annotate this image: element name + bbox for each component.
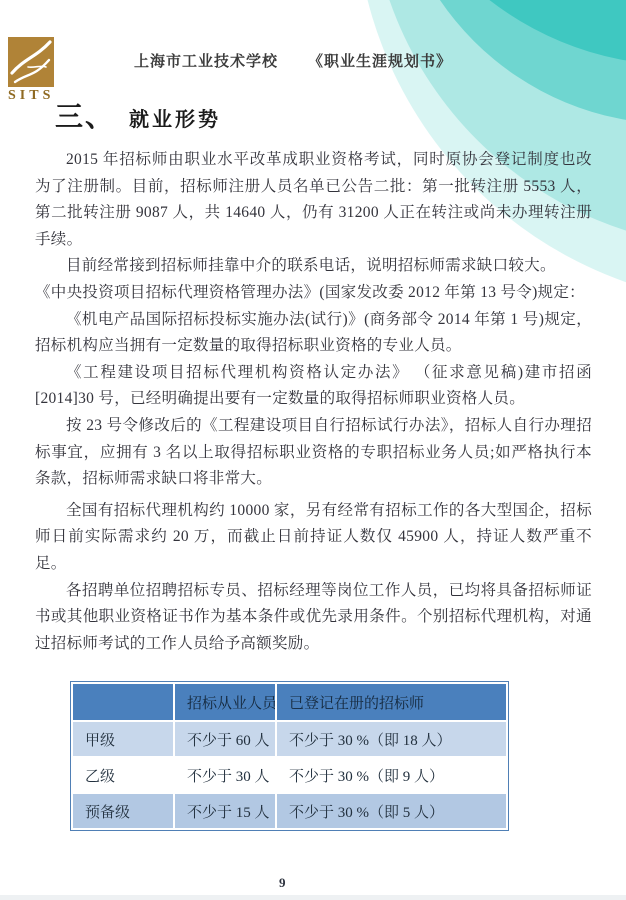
table-row: 乙级 不少于 30 人 不少于 30 %（即 9 人） <box>73 758 506 792</box>
cell-practitioners: 不少于 30 人 <box>175 758 275 792</box>
qualification-table-wrapper: 招标从业人员 已登记在册的招标师 甲级 不少于 60 人 不少于 30 %（即 … <box>70 681 592 831</box>
section-title: 就业形势 <box>129 103 221 132</box>
cell-registered: 不少于 30 %（即 9 人） <box>277 758 506 792</box>
header-cell-registered: 已登记在册的招标师 <box>277 684 506 720</box>
paragraph-recruiting-conditions: 各招聘单位招聘招标专员、招标经理等岗位工作人员，已均将具备招标师证书或其他职业资… <box>35 578 592 658</box>
header-cell-practitioners: 招标从业人员 <box>175 684 275 720</box>
page-header: 上海市工业技术学校《职业生涯规划书》 <box>0 50 626 71</box>
header-cell-level <box>73 684 173 720</box>
header-book-title: 《职业生涯规划书》 <box>308 54 452 70</box>
cell-level: 乙级 <box>73 758 173 792</box>
table-header-row: 招标从业人员 已登记在册的招标师 <box>73 684 506 720</box>
paragraph-central-regulation: 《中央投资项目招标代理资格管理办法》(国家发改委 2012 年第 13 号令)规… <box>35 280 592 307</box>
qualification-table: 招标从业人员 已登记在册的招标师 甲级 不少于 60 人 不少于 30 %（即 … <box>70 681 509 831</box>
cell-practitioners: 不少于 15 人 <box>175 794 275 828</box>
page-number: 9 <box>279 875 286 891</box>
cell-registered: 不少于 30 %（即 5 人） <box>277 794 506 828</box>
cell-registered: 不少于 30 %（即 18 人） <box>277 722 506 756</box>
paragraph-agency-qualification: 《工程建设项目招标代理机构资格认定办法》 （征求意见稿)建市招函[2014]30… <box>35 360 592 413</box>
section-heading: 三、 就业形势 <box>55 95 592 135</box>
cell-level: 预备级 <box>73 794 173 828</box>
paragraph-self-bidding-rule: 按 23 号令修改后的《工程建设项目自行招标试行办法》，招标人自行办理招标事宜，… <box>35 413 592 493</box>
document-body: 三、 就业形势 2015 年招标师由职业水平改革成职业资格考试，同时原协会登记制… <box>35 95 592 831</box>
paragraph-registration-reform: 2015 年招标师由职业水平改革成职业资格考试，同时原协会登记制度也改为了注册制… <box>35 147 592 253</box>
paragraph-national-demand: 全国有招标代理机构约 10000 家，另有经常有招标工作的各大型国企，招标师日前… <box>35 498 592 578</box>
page-bottom-edge <box>0 895 626 900</box>
paragraph-demand-gap: 目前经常接到招标师挂靠中介的联系电话，说明招标师需求缺口较大。 <box>35 253 592 280</box>
header-school-name: 上海市工业技术学校 <box>134 54 278 70</box>
paragraph-mechatronics-regulation: 《机电产品国际招标投标实施办法(试行)》(商务部令 2014 年第 1 号)规定… <box>35 307 592 360</box>
body-paragraphs: 2015 年招标师由职业水平改革成职业资格考试，同时原协会登记制度也改为了注册制… <box>35 147 592 657</box>
cell-practitioners: 不少于 60 人 <box>175 722 275 756</box>
cell-level: 甲级 <box>73 722 173 756</box>
table-row: 甲级 不少于 60 人 不少于 30 %（即 18 人） <box>73 722 506 756</box>
table-row: 预备级 不少于 15 人 不少于 30 %（即 5 人） <box>73 794 506 828</box>
section-number: 三、 <box>55 95 115 135</box>
